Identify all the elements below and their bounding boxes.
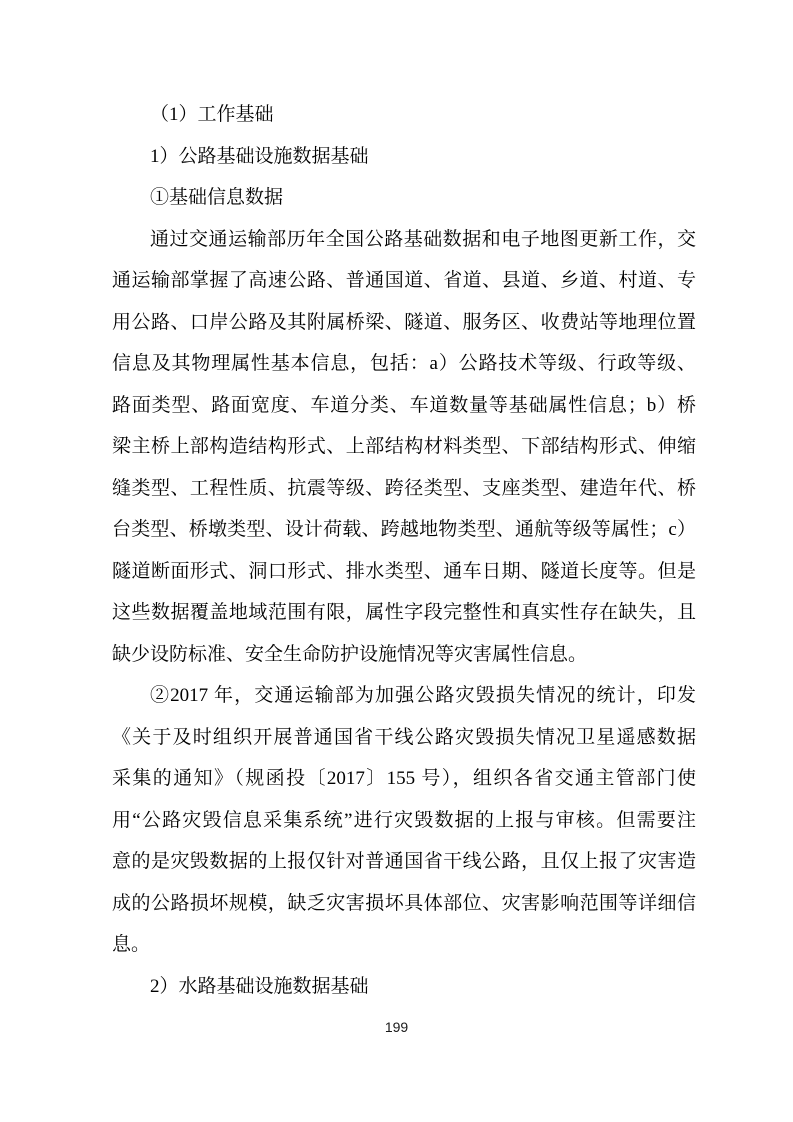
heading-highway-infrastructure-data: 1）公路基础设施数据基础	[112, 136, 696, 178]
paragraph-2-line: 成的公路损坏规模，缺乏灾害损坏具体部位、灾害影响范围等详细信	[112, 883, 696, 925]
heading-basic-information-data: ①基础信息数据	[112, 177, 696, 219]
paragraph-1-line: 通过交通运输部历年全国公路基础数据和电子地图更新工作，交	[112, 219, 696, 261]
paragraph-2-line: 息。	[112, 924, 696, 966]
page-number: 199	[0, 1019, 793, 1035]
document-page: （1）工作基础 1）公路基础设施数据基础 ①基础信息数据 通过交通运输部历年全国…	[0, 0, 793, 1122]
heading-work-foundation: （1）工作基础	[112, 94, 696, 136]
heading-waterway-infrastructure-data: 2）水路基础设施数据基础	[112, 966, 696, 1008]
paragraph-1-line: 隧道断面形式、洞口形式、排水类型、通车日期、隧道长度等。但是	[112, 551, 696, 593]
paragraph-1-line: 信息及其物理属性基本信息，包括：a）公路技术等级、行政等级、	[112, 343, 696, 385]
paragraph-1-line: 缝类型、工程性质、抗震等级、跨径类型、支座类型、建造年代、桥	[112, 468, 696, 510]
paragraph-1-line: 用公路、口岸公路及其附属桥梁、隧道、服务区、收费站等地理位置	[112, 302, 696, 344]
paragraph-1-line: 这些数据覆盖地域范围有限，属性字段完整性和真实性存在缺失，且	[112, 592, 696, 634]
paragraph-2-line: 采集的通知》（规函投〔2017〕155 号），组织各省交通主管部门使	[112, 758, 696, 800]
paragraph-2-line: ②2017 年，交通运输部为加强公路灾毁损失情况的统计，印发	[112, 675, 696, 717]
paragraph-1-line: 台类型、桥墩类型、设计荷载、跨越地物类型、通航等级等属性；c）	[112, 509, 696, 551]
paragraph-1-line: 路面类型、路面宽度、车道分类、车道数量等基础属性信息；b）桥	[112, 385, 696, 427]
paragraph-2-line: 意的是灾毁数据的上报仅针对普通国省干线公路，且仅上报了灾害造	[112, 841, 696, 883]
paragraph-1-line: 缺少设防标准、安全生命防护设施情况等灾害属性信息。	[112, 634, 696, 676]
paragraph-2-line: 用“公路灾毁信息采集系统”进行灾毁数据的上报与审核。但需要注	[112, 800, 696, 842]
paragraph-1-line: 通运输部掌握了高速公路、普通国道、省道、县道、乡道、村道、专	[112, 260, 696, 302]
paragraph-2-line: 《关于及时组织开展普通国省干线公路灾毁损失情况卫星遥感数据	[112, 717, 696, 759]
paragraph-1-line: 梁主桥上部构造结构形式、上部结构材料类型、下部结构形式、伸缩	[112, 426, 696, 468]
document-body: （1）工作基础 1）公路基础设施数据基础 ①基础信息数据 通过交通运输部历年全国…	[112, 94, 696, 1007]
